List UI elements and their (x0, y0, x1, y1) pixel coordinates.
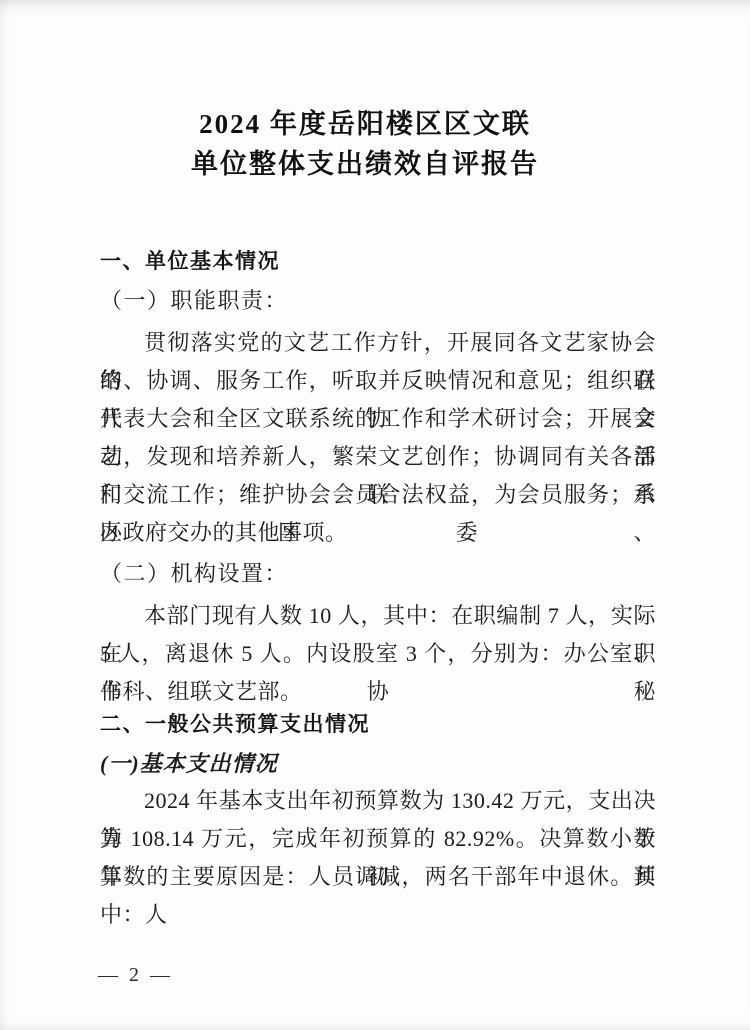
paragraph-line: 为 108.14 万元，完成年初预算的 82.92%。决算数小于年初预 (100, 820, 656, 858)
paragraph-line: 动，发现和培养新人，繁荣文艺创作；协调同有关各部门联系 (100, 438, 656, 476)
paragraph-line: 2024 年基本支出年初预算数为 130.42 万元，支出决算数 (100, 782, 656, 820)
paragraph-basic-expenditure: 2024 年基本支出年初预算数为 130.42 万元，支出决算数 为 108.1… (100, 782, 656, 896)
section-1-subheading-structure: （二）机构设置： (100, 560, 656, 587)
section-1-heading: 一、单位基本情况 (100, 249, 656, 275)
paragraph-line: 本部门现有人数 10 人，其中：在职编制 7 人，实际在职 (100, 597, 656, 635)
paragraph-line: 5 人，离退休 5 人。内设股室 3 个，分别为：办公室、作协秘 (100, 635, 656, 673)
paragraph-duties: 贯彻落实党的文艺工作方针，开展同各文艺家协会的联 络、协调、服务工作，听取并反映… (100, 324, 656, 552)
paragraph-structure: 本部门现有人数 10 人，其中：在职编制 7 人，实际在职 5 人，离退休 5 … (100, 597, 656, 711)
page-number: — 2 — (98, 964, 173, 987)
paragraph-line: 算数的主要原因是：人员调减，两名干部年中退休。其中：人 (100, 858, 656, 896)
paragraph-line: 代表大会和全区文联系统的工作和学术研讨会；开展文艺活 (100, 400, 656, 438)
document-page: 2024 年度岳阳楼区区文联 单位整体支出绩效自评报告 一、单位基本情况 （一）… (0, 0, 750, 1030)
document-title: 2024 年度岳阳楼区区文联 单位整体支出绩效自评报告 (87, 104, 643, 184)
document-title-line-1: 2024 年度岳阳楼区区文联 (87, 104, 643, 144)
section-1-subheading-duties: （一）职能职责： (100, 287, 656, 314)
paragraph-line: 和交流工作；维护协会会员合法权益，为会员服务；承办区委、 (100, 476, 656, 514)
paragraph-line: 贯彻落实党的文艺工作方针，开展同各文艺家协会的联 (100, 324, 656, 362)
section-2-subheading-basic-expenditure: (一)基本支出情况 (100, 750, 656, 777)
document-title-line-2: 单位整体支出绩效自评报告 (87, 144, 643, 184)
section-2-heading: 二、一般公共预算支出情况 (100, 712, 656, 738)
paragraph-line: 络、协调、服务工作，听取并反映情况和意见；组织召开协会 (100, 362, 656, 400)
